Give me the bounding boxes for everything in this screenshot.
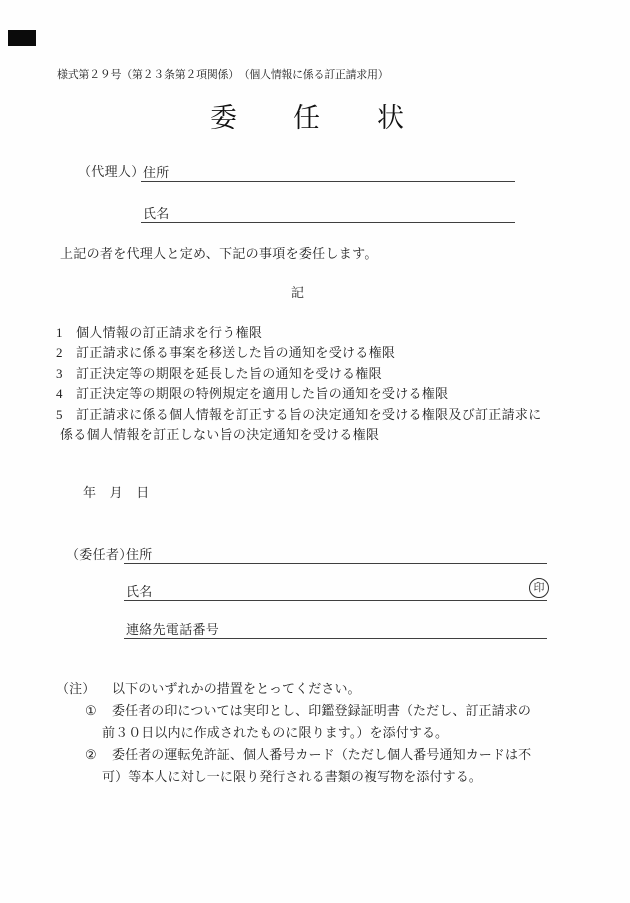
form-number-header: 様式第２９号（第２３条第２項関係） （個人情報に係る訂正請求用） [57,69,388,82]
note-number: ① [85,703,112,718]
delegated-item-4: 4訂正決定等の期限の特例規定を適用した旨の通知を受ける権限 [56,386,448,401]
item-number: 1 [56,325,76,340]
item-text: 個人情報の訂正請求を行う権限 [76,325,262,340]
note-item-2: ②委任者の運転免許証、個人番号カード（ただし個人番号通知カードは不 [85,747,531,762]
principal-address-label: 住所 [124,547,153,562]
title-char-2: 任 [293,103,320,133]
item-number: 3 [56,366,76,381]
principal-phone-label: 連絡先電話番号 [124,622,219,637]
delegated-item-5-wrap: 係る個人情報を訂正しない旨の決定通知を受ける権限 [60,427,379,442]
list-heading: 記 [291,285,304,300]
note-intro: 以下のいずれかの措置をとってください。 [112,681,361,696]
delegated-item-3: 3訂正決定等の期限を延長した旨の通知を受ける権限 [56,366,382,381]
agent-name-label: 氏名 [141,206,170,221]
note-item-2-wrap: 可）等本人に対し一に限り発行される書類の複写物を添付する。 [102,769,482,784]
agent-address-field[interactable]: 住所 [141,165,515,182]
agent-address-label: 住所 [141,165,170,180]
principal-address-field[interactable]: 住所 [124,547,547,564]
delegation-declaration: 上記の者を代理人と定め、下記の事項を委任します。 [60,246,378,261]
principal-phone-field[interactable]: 連絡先電話番号 [124,622,547,639]
principal-name-label: 氏名 [124,584,153,599]
item-number: 2 [56,345,76,360]
item-text: 訂正決定等の期限を延長した旨の通知を受ける権限 [76,366,382,381]
note-item-1-wrap: 前３０日以内に作成されたものに限ります。）を添付する。 [102,725,448,740]
item-text: 訂正請求に係る個人情報を訂正する旨の決定通知を受ける権限及び訂正請求に [76,407,542,422]
delegated-item-5: 5訂正請求に係る個人情報を訂正する旨の決定通知を受ける権限及び訂正請求に [56,407,542,422]
item-number: 5 [56,407,76,422]
seal-mark: 印 [529,578,549,598]
delegated-item-2: 2訂正請求に係る事案を移送した旨の通知を受ける権限 [56,345,395,360]
agent-section-label: （代理人） [78,164,145,179]
scan-artifact-mark [8,30,36,46]
date-line: 年 月 日 [83,485,150,500]
note-section-label: （注） [56,681,95,696]
title-char-3: 状 [377,103,404,133]
note-text-line: 委任者の運転免許証、個人番号カード（ただし個人番号通知カードは不 [112,747,531,762]
item-text: 訂正請求に係る事案を移送した旨の通知を受ける権限 [76,345,395,360]
note-number: ② [85,747,112,762]
power-of-attorney-document: 様式第２９号（第２３条第２項関係） （個人情報に係る訂正請求用） 委 任 状 （… [0,0,630,903]
note-text-line: 委任者の印については実印とし、印鑑登録証明書（ただし、訂正請求の [112,703,531,718]
title-char-1: 委 [210,103,237,133]
item-number: 4 [56,386,76,401]
note-item-1: ①委任者の印については実印とし、印鑑登録証明書（ただし、訂正請求の [85,703,531,718]
principal-section-label: （委任者） [66,547,133,562]
agent-name-field[interactable]: 氏名 [141,206,515,223]
principal-name-field[interactable]: 氏名 [124,584,547,601]
item-text: 訂正決定等の期限の特例規定を適用した旨の通知を受ける権限 [76,386,448,401]
delegated-item-1: 1個人情報の訂正請求を行う権限 [56,325,262,340]
seal-character: 印 [534,583,545,594]
